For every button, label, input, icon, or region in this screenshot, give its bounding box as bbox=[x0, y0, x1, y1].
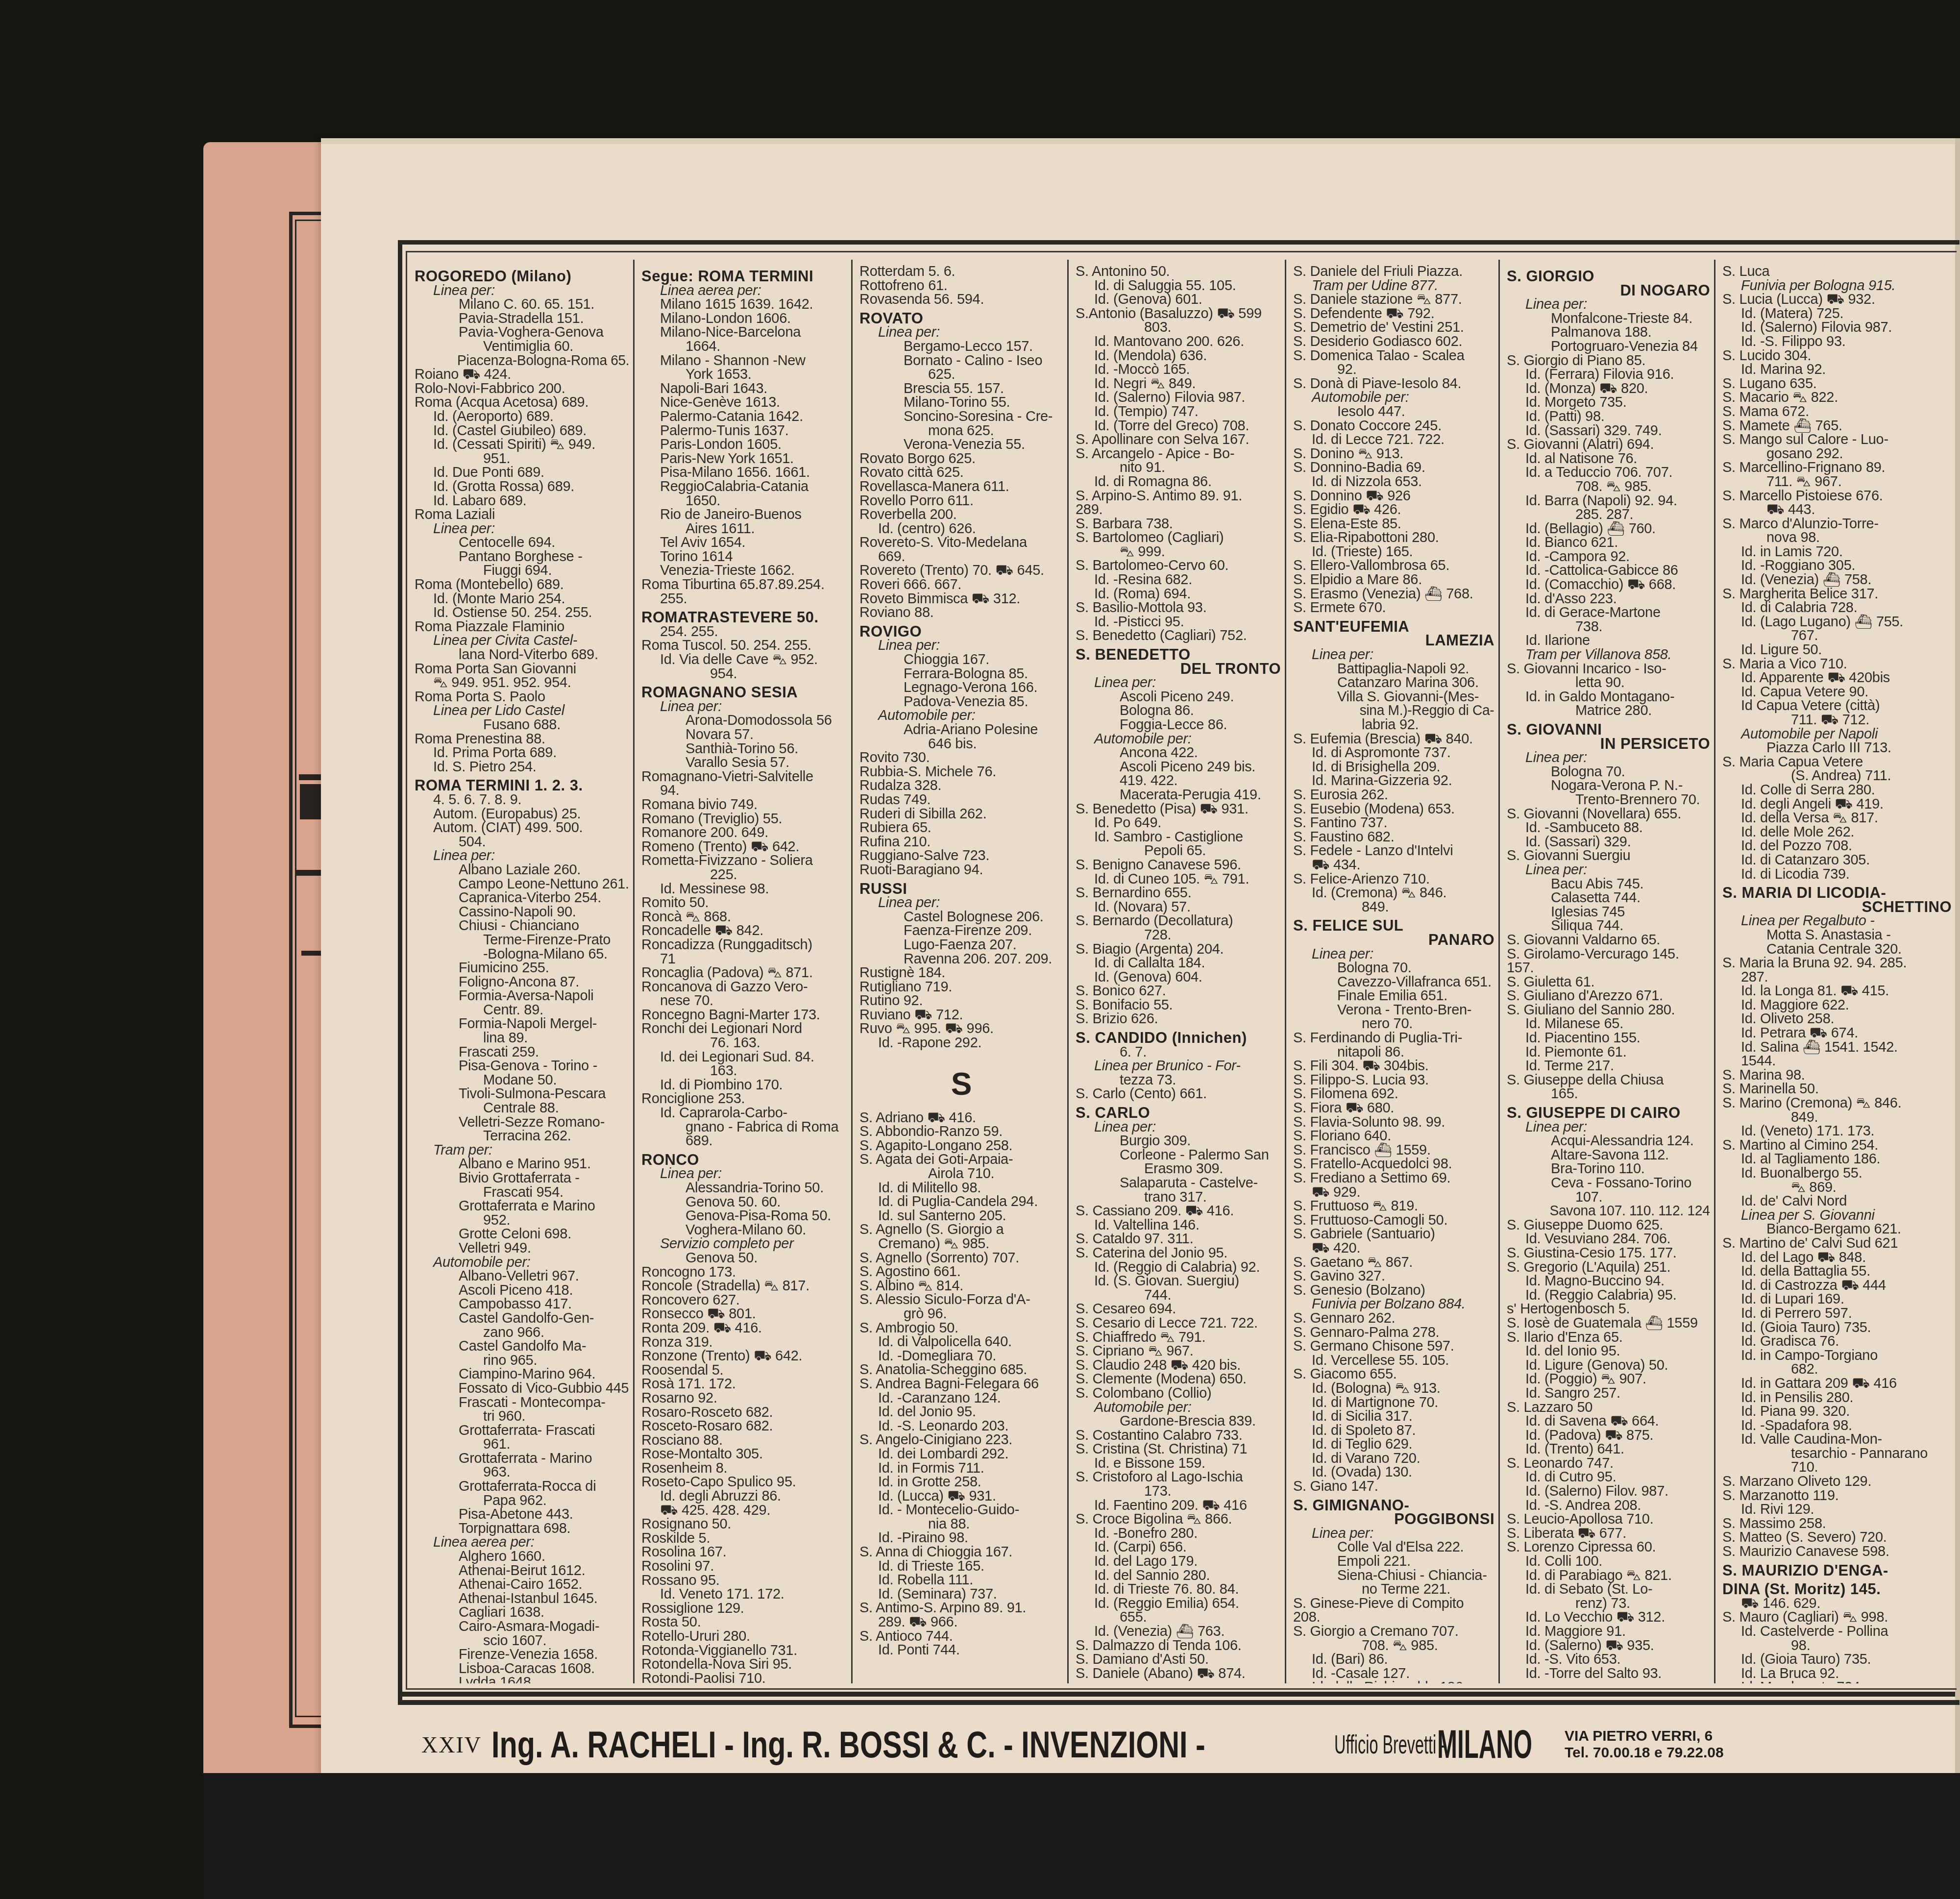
index-heading: PANARO bbox=[1293, 933, 1494, 947]
index-entry: Id. Faentino 209. ⛟ 416 bbox=[1076, 1499, 1281, 1513]
index-entry: Id. - Montecelio-Guido- bbox=[859, 1503, 1063, 1517]
index-entry: Linea per: bbox=[1507, 297, 1710, 312]
index-entry: ⛟ 443. bbox=[1722, 503, 1952, 517]
index-entry: S. Marina 98. bbox=[1722, 1068, 1952, 1083]
index-entry: Campobasso 417. bbox=[415, 1297, 629, 1311]
index-entry: Rovato città 625. bbox=[859, 466, 1063, 480]
index-entry: Nogara-Verona P. N.- bbox=[1507, 779, 1710, 793]
index-entry: S. Felice-Arienzo 710. bbox=[1293, 872, 1494, 887]
index-entry: Id. Sangro 257. bbox=[1507, 1386, 1710, 1401]
index-entry: Id. (Bologna) ⛍ 913. bbox=[1293, 1381, 1494, 1396]
index-entry: Id. Piana 99. 320. bbox=[1722, 1405, 1952, 1419]
index-entry: S. Agata dei Goti-Arpaia- bbox=[859, 1153, 1063, 1167]
index-entry: Linea per: bbox=[415, 522, 629, 536]
index-entry: 689. bbox=[641, 1134, 847, 1148]
index-entry: Tram per Udine 877. bbox=[1293, 279, 1494, 293]
index-entry: Id. -Bonefro 280. bbox=[1076, 1527, 1281, 1541]
index-heading: DEL TRONTO bbox=[1076, 662, 1281, 676]
index-column-1: ROGOREDO (Milano)Linea per:Milano C. 60.… bbox=[408, 260, 635, 1683]
index-entry: Id. della Battaglia 55. bbox=[1722, 1264, 1952, 1279]
index-entry: Id. Barra (Napoli) 92. 94. bbox=[1507, 494, 1710, 508]
index-entry: S. Donnino ⛟ 926 bbox=[1293, 489, 1494, 503]
index-entry: S. Gregorio (L'Aquila) 251. bbox=[1507, 1260, 1710, 1275]
index-entry: Id. Prima Porta 689. bbox=[415, 746, 629, 760]
index-entry: Roncà ⛍ 868. bbox=[641, 910, 847, 924]
index-entry: S. Andrea Bagni-Felegara 66 bbox=[859, 1377, 1063, 1391]
index-entry: S. Martino al Cimino 254. bbox=[1722, 1138, 1952, 1153]
index-entry: Id. Marchesato 734. bbox=[1722, 1680, 1952, 1683]
index-entry: S. Giano 147. bbox=[1293, 1480, 1494, 1494]
index-entry: Id. (Bari) 86. bbox=[1293, 1652, 1494, 1667]
index-entry: S. Maria a Vico 710. bbox=[1722, 657, 1952, 671]
index-entry: Id. (S. Giovan. Suergiu) bbox=[1076, 1274, 1281, 1288]
index-entry: Id. (Veneto) 171. 173. bbox=[1722, 1124, 1952, 1138]
index-entry: 92. bbox=[1293, 363, 1494, 377]
index-entry: Automobile per Napoli bbox=[1722, 727, 1952, 741]
index-entry: S. Giuseppe Duomo 625. bbox=[1507, 1218, 1710, 1233]
index-entry: S. Fruttuoso-Camogli 50. bbox=[1293, 1213, 1494, 1228]
index-entry: Velletri-Sezze Romano- bbox=[415, 1115, 629, 1130]
index-entry: Id Capua Vetere (città) bbox=[1722, 699, 1952, 713]
index-entry: Rose-Montalto 305. bbox=[641, 1447, 847, 1461]
index-entry: Athenai-Cairo 1652. bbox=[415, 1578, 629, 1592]
index-entry: Ruviano ⛟ 712. bbox=[859, 1008, 1063, 1022]
index-entry: Id. di Valpolicella 640. bbox=[859, 1335, 1063, 1349]
index-entry: S. Donato Coccore 245. bbox=[1293, 419, 1494, 433]
index-entry: Id. Sambro - Castiglione bbox=[1076, 830, 1281, 844]
index-entry: S. Luca bbox=[1722, 265, 1952, 279]
index-entry: Id. Due Ponti 689. bbox=[415, 466, 629, 480]
index-entry: S. Croce Bigolina ⛍ 866. bbox=[1076, 1512, 1281, 1527]
index-entry: Roncadizza (Runggaditsch) bbox=[641, 938, 847, 952]
index-entry: Id. in Lamis 720. bbox=[1722, 545, 1952, 559]
index-entry: Castel Gandolfo-Gen- bbox=[415, 1311, 629, 1326]
index-entry: Rosciano 88. bbox=[641, 1433, 847, 1448]
index-entry: 951. bbox=[415, 452, 629, 466]
index-entry: S. Marzanotto 119. bbox=[1722, 1489, 1952, 1503]
index-heading: SCHETTINO bbox=[1722, 900, 1952, 914]
index-entry: Roma Tiburtina 65.87.89.254. bbox=[641, 578, 847, 592]
index-heading: S. GIUSEPPE DI CAIRO bbox=[1507, 1106, 1710, 1120]
index-entry: Funivia per Bolzano 884. bbox=[1293, 1297, 1494, 1311]
index-entry: Terracina 262. bbox=[415, 1129, 629, 1143]
index-entry: S. Agostino 661. bbox=[859, 1265, 1063, 1279]
index-entry: Id. di Spoleto 87. bbox=[1293, 1424, 1494, 1438]
index-entry: S. Genesio (Bolzano) bbox=[1293, 1283, 1494, 1298]
index-entry: nitapoli 86. bbox=[1293, 1045, 1494, 1060]
index-entry: Id. del Pozzo 708. bbox=[1722, 839, 1952, 853]
index-entry: S. Eusebio (Modena) 653. bbox=[1293, 802, 1494, 816]
index-entry: nero 70. bbox=[1293, 1017, 1494, 1031]
index-entry: Modane 50. bbox=[415, 1073, 629, 1087]
index-entry: Catania Centrale 320. bbox=[1722, 942, 1952, 957]
index-entry: Id. La Bruca 92. bbox=[1722, 1667, 1952, 1681]
index-entry: S. Desiderio Godiasco 602. bbox=[1293, 335, 1494, 349]
index-entry: ⛟ 434. bbox=[1293, 858, 1494, 872]
index-entry: Id. Valle Caudina-Mon- bbox=[1722, 1432, 1952, 1447]
index-entry: Id. (Grotta Rossa) 689. bbox=[415, 480, 629, 494]
index-entry: Roncogno 173. bbox=[641, 1265, 847, 1280]
index-entry: Id. (Reggio di Calabria) 92. bbox=[1076, 1260, 1281, 1275]
index-entry: Id. del Jonio 95. bbox=[859, 1405, 1063, 1419]
index-entry: 682. bbox=[1722, 1362, 1952, 1377]
index-entry: 767. bbox=[1722, 629, 1952, 643]
index-entry: S. Liberata ⛟ 677. bbox=[1507, 1527, 1710, 1541]
index-entry: Id. (Venezia) ⛴ 763. bbox=[1076, 1625, 1281, 1639]
index-entry: Id. (centro) 626. bbox=[859, 522, 1063, 536]
index-entry: S. Apollinare con Selva 167. bbox=[1076, 433, 1281, 447]
index-entry: S. Lazzaro 50 bbox=[1507, 1401, 1710, 1415]
index-entry: S. Egidio ⛟ 426. bbox=[1293, 503, 1494, 517]
index-entry: Id. (Genova) 601. bbox=[1076, 293, 1281, 307]
index-entry: Ravenna 206. 207. 209. bbox=[859, 952, 1063, 966]
index-entry: 71 bbox=[641, 952, 847, 966]
index-entry: Id. (Salerno) Filovia 987. bbox=[1076, 391, 1281, 405]
index-entry: S. Frediano a Settimo 69. bbox=[1293, 1171, 1494, 1185]
index-entry: Id. di Varano 720. bbox=[1293, 1452, 1494, 1466]
index-entry: Rustignè 184. bbox=[859, 966, 1063, 980]
index-entry: Macerata-Perugia 419. bbox=[1076, 788, 1281, 802]
index-entry: (S. Andrea) 711. bbox=[1722, 769, 1952, 783]
index-entry: S. Marcello Pistoiese 676. bbox=[1722, 489, 1952, 503]
index-column-7: S. LucaFunivia per Bologna 915.S. Lucia … bbox=[1715, 260, 1956, 1683]
index-entry: Id. di Licodia 739. bbox=[1722, 867, 1952, 882]
index-entry: Pantano Borghese - bbox=[415, 550, 629, 564]
index-entry: S. Leucio-Apollosa 710. bbox=[1507, 1512, 1710, 1527]
index-entry: S. Girolamo-Vercurago 145. bbox=[1507, 947, 1710, 962]
index-entry: Id. Messinese 98. bbox=[641, 882, 847, 896]
index-entry: Napoli-Bari 1643. bbox=[641, 382, 847, 396]
index-entry: Id. delle Mole 262. bbox=[1722, 825, 1952, 839]
index-entry: Cassino-Napoli 90. bbox=[415, 905, 629, 919]
index-entry: S. Brizio 626. bbox=[1076, 1012, 1281, 1026]
index-entry: Rolo-Novi-Fabbrico 200. bbox=[415, 382, 629, 396]
index-entry: S. Cipriano ⛍ 967. bbox=[1076, 1344, 1281, 1358]
index-entry: Id. del Ionio 95. bbox=[1507, 1344, 1710, 1358]
index-entry: 952. bbox=[415, 1213, 629, 1228]
index-entry: Id. dei Lombardi 292. bbox=[859, 1447, 1063, 1461]
index-entry: Rio de Janeiro-Buenos bbox=[641, 508, 847, 522]
index-entry: Rossano 95. bbox=[641, 1574, 847, 1588]
index-entry: S. Lugano 635. bbox=[1722, 377, 1952, 391]
index-entry: S. Angelo-Cinigiano 223. bbox=[859, 1433, 1063, 1447]
index-entry: Adria-Ariano Polesine bbox=[859, 723, 1063, 737]
index-entry: Padova-Venezia 85. bbox=[859, 695, 1063, 709]
index-entry: S. Alessio Siculo-Forza d'A- bbox=[859, 1293, 1063, 1307]
index-entry: Corleone - Palermo San bbox=[1076, 1148, 1281, 1162]
index-entry: S.Antonio (Basaluzzo) ⛟ 599 bbox=[1076, 307, 1281, 321]
index-entry: Id. Po 649. bbox=[1076, 816, 1281, 830]
index-entry: Frascati 259. bbox=[415, 1045, 629, 1060]
index-column-4: S. Antonino 50.Id. di Saluggia 55. 105.I… bbox=[1069, 260, 1286, 1683]
index-entry: S. Fili 304. ⛟ 304bis. bbox=[1293, 1059, 1494, 1073]
index-entry: Pisa-Milano 1656. 1661. bbox=[641, 466, 847, 480]
index-entry: Chiusi - Chianciano bbox=[415, 919, 629, 933]
index-entry: Rosaro-Rosceto 682. bbox=[641, 1406, 847, 1420]
index-entry: Id. (Reggio Emilia) 654. bbox=[1076, 1597, 1281, 1611]
index-entry: Id. in Grotte 258. bbox=[859, 1475, 1063, 1489]
index-entry: 76. 163. bbox=[641, 1036, 847, 1050]
index-entry: Id. Lo Vecchio ⛟ 312. bbox=[1507, 1610, 1710, 1625]
index-entry: S. Giorgio di Piano 85. bbox=[1507, 354, 1710, 368]
index-entry: Empoli 221. bbox=[1293, 1554, 1494, 1569]
index-entry: Albano e Marino 951. bbox=[415, 1157, 629, 1171]
index-entry: Id. di Parabiago ⛍ 821. bbox=[1507, 1569, 1710, 1583]
index-entry: Id. Castelverde - Pollina bbox=[1722, 1625, 1952, 1639]
footer-advertisement: XXIV Ing. A. RACHELI - Ing. R. BOSSI & C… bbox=[421, 1718, 1960, 1772]
index-entry: S. Giorgio a Cremano 707. bbox=[1293, 1625, 1494, 1639]
index-entry: Id. -Piraino 98. bbox=[859, 1531, 1063, 1545]
index-entry: Rubbia-S. Michele 76. bbox=[859, 765, 1063, 779]
index-entry: Id. Ponti 744. bbox=[859, 1643, 1063, 1657]
index-entry: S. Defendente ⛟ 792. bbox=[1293, 307, 1494, 321]
index-entry: Id. di Piombino 170. bbox=[641, 1078, 847, 1092]
advertiser-name: Ing. A. RACHELI - Ing. R. BOSSI & C. - I… bbox=[491, 1724, 1179, 1766]
index-entry: Id. (Bellagio) ⛴ 760. bbox=[1507, 522, 1710, 536]
index-entry: Firenze-Venezia 1658. bbox=[415, 1648, 629, 1662]
index-entry: Id. (Comacchio) ⛟ 668. bbox=[1507, 578, 1710, 592]
index-entry: Bergamo-Lecco 157. bbox=[859, 340, 1063, 354]
index-entry: S. Faustino 682. bbox=[1293, 830, 1494, 844]
index-entry: Nice-Genève 1613. bbox=[641, 395, 847, 410]
index-entry: Id. in Gattara 209 ⛟ 416 bbox=[1722, 1377, 1952, 1391]
index-entry: S. Elia-Ripabottoni 280. bbox=[1293, 531, 1494, 545]
index-entry: ⛍ 869. bbox=[1722, 1181, 1952, 1195]
index-entry: tezza 73. bbox=[1076, 1073, 1281, 1087]
index-entry: Id. di Callalta 184. bbox=[1076, 956, 1281, 970]
index-entry: Cavezzo-Villafranca 651. bbox=[1293, 975, 1494, 989]
index-entry: Voghera-Milano 60. bbox=[641, 1223, 847, 1237]
index-entry: Pisa-Genova - Torino - bbox=[415, 1059, 629, 1073]
index-entry: Rotondi-Paolisi 710. bbox=[641, 1672, 847, 1683]
index-entry: Id. di Trieste 165. bbox=[859, 1559, 1063, 1574]
index-entry: Ruoti-Baragiano 94. bbox=[859, 863, 1063, 877]
index-entry: Albano Laziale 260. bbox=[415, 863, 629, 877]
index-entry: S. Filippo-S. Lucia 93. bbox=[1293, 1073, 1494, 1087]
index-entry: Id. Oliveto 258. bbox=[1722, 1012, 1952, 1026]
index-entry: 803. bbox=[1076, 321, 1281, 335]
index-entry: Id. in Campo-Torgiano bbox=[1722, 1349, 1952, 1363]
index-entry: Id. sul Santerno 205. bbox=[859, 1209, 1063, 1223]
index-entry: Linea per: bbox=[1293, 1527, 1494, 1541]
index-entry: S. Daniele (Abano) ⛟ 874. bbox=[1076, 1667, 1281, 1681]
index-entry: 711. ⛍ 967. bbox=[1722, 475, 1952, 489]
index-entry: S. Barbara 738. bbox=[1076, 517, 1281, 531]
index-entry: Roncaglia (Padova) ⛍ 871. bbox=[641, 966, 847, 980]
index-entry: S. Giuliano del Sannio 280. bbox=[1507, 1003, 1710, 1017]
index-entry: Id. Salina ⛴ 1541. 1542. bbox=[1722, 1040, 1952, 1055]
index-entry: Roncanova di Gazzo Vero- bbox=[641, 980, 847, 994]
index-entry: Id. (Salerno) ⛟ 935. bbox=[1507, 1639, 1710, 1653]
index-entry: Bianco-Bergamo 621. bbox=[1722, 1222, 1952, 1236]
index-entry: Funivia per Bologna 915. bbox=[1722, 279, 1952, 293]
index-entry: Id. di Saluggia 55. 105. bbox=[1076, 279, 1281, 293]
index-entry: Id. Marina 92. bbox=[1722, 363, 1952, 377]
index-heading: LAMEZIA bbox=[1293, 634, 1494, 648]
index-entry: Id. -Roggiano 305. bbox=[1722, 559, 1952, 573]
index-entry: Soncino-Soresina - Cre- bbox=[859, 410, 1063, 424]
index-entry: Ruvo ⛍ 995. ⛟ 996. bbox=[859, 1022, 1063, 1036]
index-entry: Id. in Galdo Montagano- bbox=[1507, 690, 1710, 704]
index-entry: ⛍ 949. 951. 952. 954. bbox=[415, 676, 629, 690]
index-entry: renz) 73. bbox=[1507, 1597, 1710, 1611]
index-entry: Rosolini 97. bbox=[641, 1559, 847, 1574]
index-entry: S. Donnino-Badia 69. bbox=[1293, 461, 1494, 475]
index-entry: Rotello-Ururi 280. bbox=[641, 1629, 847, 1644]
index-entry: Formia-Napoli Mergel- bbox=[415, 1017, 629, 1031]
index-entry: ⛟ 425. 428. 429. bbox=[641, 1504, 847, 1518]
index-entry: S. Germano Chisone 597. bbox=[1293, 1339, 1494, 1354]
index-entry: Id. Vesuviano 284. 706. bbox=[1507, 1232, 1710, 1246]
index-entry: Id. in Pensilis 280. bbox=[1722, 1391, 1952, 1405]
index-heading: S. MAURIZIO D'ENGA- bbox=[1722, 1564, 1952, 1578]
index-entry: S. Marco d'Alunzio-Torre- bbox=[1722, 517, 1952, 531]
index-entry: S. Benigno Canavese 596. bbox=[1076, 858, 1281, 872]
index-entry: Id. -S. Andrea 208. bbox=[1507, 1499, 1710, 1513]
index-entry: Id. (Novara) 57. bbox=[1076, 900, 1281, 914]
index-entry: Id. Piemonte 61. bbox=[1507, 1045, 1710, 1060]
index-heading: RUSSI bbox=[859, 882, 1063, 896]
index-entry: Id. del Lago 179. bbox=[1076, 1554, 1281, 1569]
index-entry: Id. di Cutro 95. bbox=[1507, 1470, 1710, 1484]
index-entry: 163. bbox=[641, 1064, 847, 1078]
index-entry: Id. di Nizzola 653. bbox=[1293, 475, 1494, 489]
index-entry: Rometta-Fivizzano - Soliera bbox=[641, 854, 847, 868]
index-entry: Tram per: bbox=[415, 1143, 629, 1158]
index-entry: Frascati 954. bbox=[415, 1185, 629, 1200]
index-entry: Velletri 949. bbox=[415, 1241, 629, 1256]
index-entry: Id. (Monza) ⛟ 820. bbox=[1507, 382, 1710, 396]
index-entry: Id. Gradisca 76. bbox=[1722, 1334, 1952, 1349]
index-entry: Id. -S. Vito 653. bbox=[1507, 1652, 1710, 1667]
index-entry: Ceva - Fossano-Torino bbox=[1507, 1176, 1710, 1190]
index-entry: Id. (Roma) 694. bbox=[1076, 587, 1281, 601]
index-entry: S. Daniele stazione ⛍ 877. bbox=[1293, 293, 1494, 307]
index-entry: Rovereto-S. Vito-Medelana bbox=[859, 536, 1063, 550]
index-entry: Id. di Militello 98. bbox=[859, 1181, 1063, 1195]
index-entry: Ronzone (Trento) ⛟ 642. bbox=[641, 1349, 847, 1363]
index-heading: DINA (St. Moritz) 145. bbox=[1722, 1582, 1952, 1597]
index-entry: zano 966. bbox=[415, 1326, 629, 1340]
index-entry: Siliqua 744. bbox=[1507, 919, 1710, 933]
index-heading: RONCO bbox=[641, 1153, 847, 1167]
index-entry: 6. 7. bbox=[1076, 1045, 1281, 1060]
index-entry: Piacenza-Bologna-Roma 65. bbox=[415, 354, 622, 368]
index-entry: Castel Gandolfo Ma- bbox=[415, 1339, 629, 1354]
index-entry: Roncole (Stradella) ⛍ 817. bbox=[641, 1279, 847, 1293]
index-entry: S. Giuletta 61. bbox=[1507, 975, 1710, 989]
index-heading: POGGIBONSI bbox=[1293, 1512, 1494, 1527]
index-entry: Id. di Cuneo 105. ⛍ 791. bbox=[1076, 872, 1281, 887]
index-entry: Id. di Trieste 76. 80. 84. bbox=[1076, 1582, 1281, 1597]
index-entry: 287. bbox=[1722, 970, 1952, 985]
index-entry: Id. (Castel Giubileo) 689. bbox=[415, 424, 629, 438]
index-entry: Santhià-Torino 56. bbox=[641, 742, 847, 756]
index-entry: Finale Emilia 651. bbox=[1293, 989, 1494, 1003]
index-entry: Piazza Carlo III 713. bbox=[1722, 741, 1952, 755]
index-entry: 419. 422. bbox=[1076, 774, 1281, 788]
index-entry: Servizio completo per bbox=[641, 1237, 847, 1251]
index-entry: Ronza 319. bbox=[641, 1335, 847, 1350]
index-entry: S. Bartolomeo (Cagliari) bbox=[1076, 531, 1281, 545]
index-entry: Frascati - Montecompa- bbox=[415, 1396, 629, 1410]
index-entry: Id. -Resina 682. bbox=[1076, 573, 1281, 587]
index-entry: S. Cristoforo al Lago-Ischia bbox=[1076, 1470, 1281, 1484]
index-entry: Tel Aviv 1654. bbox=[641, 536, 847, 550]
index-entry: nova 98. bbox=[1722, 531, 1952, 545]
index-entry: S. Eufemia (Brescia) ⛟ 840. bbox=[1293, 732, 1494, 746]
index-entry: Palmanova 188. bbox=[1507, 325, 1710, 340]
index-entry: Id. (Monte Mario 254. bbox=[415, 592, 629, 606]
index-entry: Ruggiano-Salve 723. bbox=[859, 849, 1063, 863]
index-entry: Rosceto-Rosaro 682. bbox=[641, 1419, 847, 1433]
index-entry: Id. Caprarola-Carbo- bbox=[641, 1106, 847, 1120]
index-entry: Id. di Calabria 728. bbox=[1722, 601, 1952, 615]
index-entry: Rosta 50. bbox=[641, 1615, 847, 1629]
index-entry: S. Gabriele (Santuario) bbox=[1293, 1227, 1494, 1241]
index-entry: S. Costantino Calabro 733. bbox=[1076, 1429, 1281, 1443]
index-entry: Fiuggi 694. bbox=[415, 564, 629, 578]
index-entry: Id. della Richinvelda 186. bbox=[1293, 1680, 1494, 1683]
index-entry: Roma Laziali bbox=[415, 508, 629, 522]
index-entry: Linea per Civita Castel- bbox=[415, 634, 629, 648]
index-entry: Linea per: bbox=[1076, 1120, 1281, 1134]
index-entry: trano 317. bbox=[1076, 1190, 1281, 1205]
index-entry: Roveto Bimmisca ⛟ 312. bbox=[859, 592, 1063, 606]
index-entry: 710. bbox=[1722, 1460, 1952, 1475]
index-entry: gosano 292. bbox=[1722, 447, 1952, 461]
index-entry: Automobile per: bbox=[415, 1256, 629, 1270]
index-entry: Rosà 171. 172. bbox=[641, 1377, 847, 1391]
index-entry: Id. la Longa 81. ⛟ 415. bbox=[1722, 984, 1952, 998]
index-entry: 963. bbox=[415, 1465, 629, 1480]
index-entry: Id. dei Legionari Sud. 84. bbox=[641, 1050, 847, 1064]
index-entry: S. Eurosia 262. bbox=[1293, 788, 1494, 802]
index-entry: Id. di Savena ⛟ 664. bbox=[1507, 1414, 1710, 1429]
index-entry: S. Marino (Cremona) ⛍ 846. bbox=[1722, 1096, 1952, 1110]
index-entry: Id. -Cattolica-Gabicce 86 bbox=[1507, 564, 1710, 578]
back-page-mark bbox=[299, 774, 323, 780]
index-entry: Bornato - Calino - Iseo bbox=[859, 354, 1063, 368]
index-entry: nia 88. bbox=[859, 1517, 1063, 1531]
index-entry: Roviano 88. bbox=[859, 606, 1063, 620]
index-entry: ReggioCalabria-Catania bbox=[641, 480, 847, 494]
index-entry: Id. Vercellese 55. 105. bbox=[1293, 1354, 1494, 1368]
index-entry: 165. bbox=[1507, 1087, 1710, 1101]
index-entry: S. Lucia (Lucca) ⛟ 932. bbox=[1722, 293, 1952, 307]
index-entry: Lugo-Faenza 207. bbox=[859, 938, 1063, 952]
index-entry: lina 89. bbox=[415, 1031, 629, 1045]
index-entry: Rosarno 92. bbox=[641, 1391, 847, 1406]
index-entry: ⛟ 929. bbox=[1293, 1185, 1494, 1200]
index-entry: Id. di Lupari 169. bbox=[1722, 1292, 1952, 1307]
index-entry: Rovato Borgo 625. bbox=[859, 452, 1063, 466]
index-entry: Autom. (CIAT) 499. 500. bbox=[415, 821, 629, 835]
index-entry: Grottaferrata- Frascati bbox=[415, 1424, 629, 1438]
index-entry: S. Agnello (Sorrento) 707. bbox=[859, 1251, 1063, 1265]
index-entry: Linea per: bbox=[415, 284, 629, 298]
index-column-6: S. GIORGIODI NOGAROLinea per:Monfalcone-… bbox=[1500, 260, 1715, 1683]
index-entry: Id. -Domegliara 70. bbox=[859, 1349, 1063, 1363]
index-entry: 173. bbox=[1076, 1484, 1281, 1499]
index-entry: Rossiglione 129. bbox=[641, 1602, 847, 1616]
index-entry: Roma Porta S. Paolo bbox=[415, 690, 629, 704]
index-entry: S. Lorenzo Cipressa 60. bbox=[1507, 1540, 1710, 1554]
index-entry: Id. del Lago ⛟ 848. bbox=[1722, 1251, 1952, 1265]
index-heading: ROMA TERMINI 1. 2. 3. bbox=[415, 779, 629, 793]
index-entry: Linea aerea per: bbox=[415, 1535, 629, 1550]
index-entry: S. Ambrogio 50. bbox=[859, 1321, 1063, 1335]
